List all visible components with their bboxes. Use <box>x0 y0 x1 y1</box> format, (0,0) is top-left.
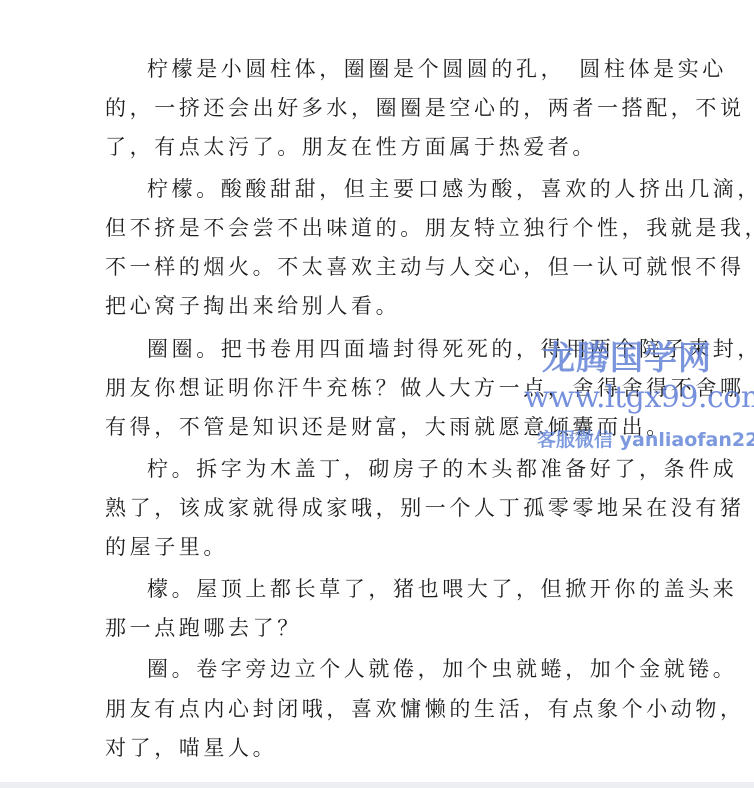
document-page: 柠檬是小圆柱体，圈圈是个圆圆的孔， 圆柱体是实心 的，一挤还会出好多水，圈圈是空… <box>0 0 754 782</box>
paragraph-2-line-1: 柠檬。酸酸甜甜，但主要口感为酸，喜欢的人挤出几滴， <box>147 176 754 202</box>
paragraph-2-line-2: 但不挤是不会尝不出味道的。朋友特立独行个性，我就是我， <box>105 215 754 241</box>
paragraph-6-line-2: 朋友有点内心封闭哦，喜欢慵懒的生活，有点象个小动物， <box>105 696 745 722</box>
paragraph-4-line-3: 的屋子里。 <box>105 534 228 560</box>
paragraph-2-line-4: 把心窝子掏出来给别人看。 <box>105 293 400 319</box>
paragraph-1-line-1: 柠檬是小圆柱体，圈圈是个圆圆的孔， 圆柱体是实心 <box>147 56 727 82</box>
paragraph-5-line-1: 檬。屋顶上都长草了，猪也喂大了，但掀开你的盖头来 <box>147 576 737 602</box>
paragraph-2-line-3: 不一样的烟火。不太喜欢主动与人交心，但一认可就恨不得 <box>105 254 745 280</box>
paragraph-1-line-3: 了，有点太污了。朋友在性方面属于热爱者。 <box>105 134 597 160</box>
watermark-site-url: www.ltgx99.com <box>524 380 754 415</box>
paragraph-6-line-1: 圈。卷字旁边立个人就倦，加个虫就蜷，加个金就锩。 <box>147 656 737 682</box>
paragraph-4-line-1: 柠。拆字为木盖丁，砌房子的木头都准备好了，条件成 <box>147 456 737 482</box>
paragraph-5-line-2: 那一点跑哪去了？ <box>105 615 302 641</box>
watermark-site-title: 龙腾国学网 <box>542 332 712 379</box>
paragraph-1-line-2: 的，一挤还会出好多水，圈圈是空心的，两者一搭配，不说 <box>105 95 745 121</box>
page-bottom-edge <box>0 782 754 788</box>
paragraph-6-line-3: 对了，喵星人。 <box>105 735 277 761</box>
paragraph-4-line-2: 熟了，该成家就得成家哦，别一个人丁孤零零地呆在没有猪 <box>105 495 745 521</box>
watermark-contact-wechat: 客服微信 yanliaofan225 <box>537 425 754 452</box>
